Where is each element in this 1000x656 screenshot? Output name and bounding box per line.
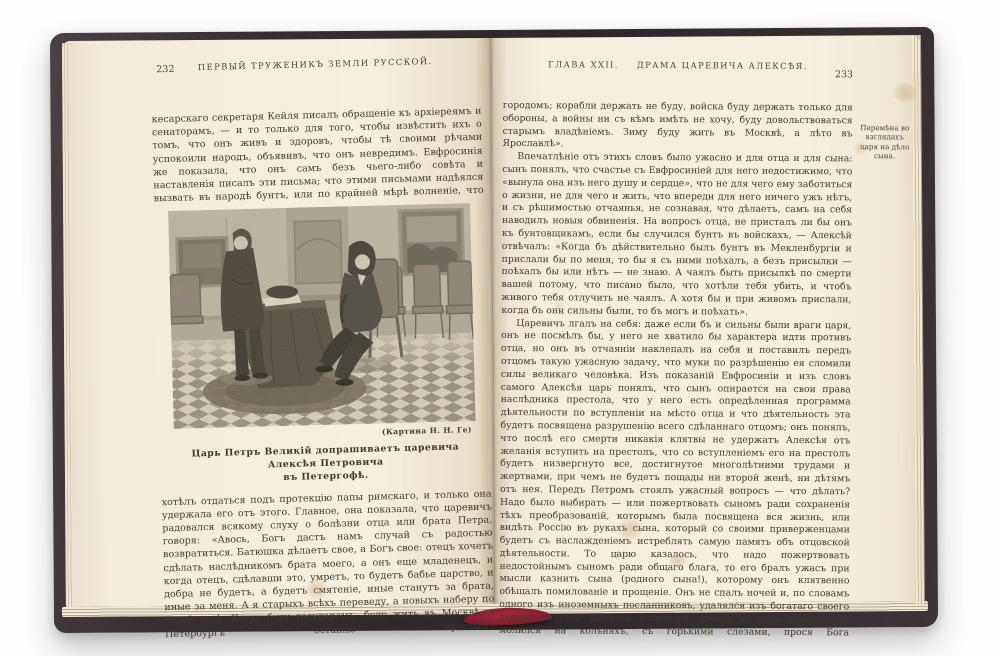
figure-caption: Царь Петръ Великій допрашиваетъ царевича… [174, 440, 477, 487]
age-spot [666, 551, 690, 571]
engraving-grain [168, 203, 476, 429]
left-page: 232 ПЕРВЫЙ ТРУЖЕНИКЪ ЗЕМЛИ РУССКОЙ. кеса… [62, 38, 495, 607]
age-spot [552, 299, 566, 311]
running-head-chapter: ГЛАВА XXII. [548, 59, 619, 69]
right-paragraph-3: Царевичъ лгалъ на себя: даже если бъ и с… [499, 317, 851, 639]
right-running-head-row: ГЛАВА XXII. ДРАМА ЦАРЕВИЧА АЛЕКСѢЯ. 233 [503, 58, 853, 75]
illustration-ge-painting [168, 203, 476, 429]
figure-block: (Картина Н. Н. Ге) Царь Петръ Великій до… [168, 203, 477, 486]
photo-background: 232 ПЕРВЫЙ ТРУЖЕНИКЪ ЗЕМЛИ РУССКОЙ. кеса… [0, 0, 1000, 656]
left-paragraph-bottom: хотѣлъ отдаться подъ протекцію папы римс… [161, 487, 495, 641]
age-spot [851, 139, 871, 157]
right-page: ГЛАВА XXII. ДРАМА ЦАРЕВИЧА АЛЕКСѢЯ. 233 … [491, 35, 924, 604]
age-spot [170, 282, 186, 296]
left-running-head: ПЕРВЫЙ ТРУЖЕНИКЪ ЗЕМЛИ РУССКОЙ. [150, 54, 480, 76]
page-block: 232 ПЕРВЫЙ ТРУЖЕНИКЪ ЗЕМЛИ РУССКОЙ. кеса… [62, 35, 924, 607]
right-paragraph-2: Впечатлѣніе отъ этихъ словъ было ужасно … [501, 151, 852, 320]
running-head-title: ДРАМА ЦАРЕВИЧА АЛЕКСѢЯ. [637, 60, 808, 71]
right-running-head: ГЛАВА XXII. ДРАМА ЦАРЕВИЧА АЛЕКСѢЯ. [503, 58, 853, 73]
left-running-head-row: 232 ПЕРВЫЙ ТРУЖЕНИКЪ ЗЕМЛИ РУССКОЙ. [150, 54, 480, 78]
right-page-number: 233 [835, 69, 853, 82]
age-spot [888, 79, 922, 107]
age-spot [613, 514, 647, 544]
age-spot [431, 150, 443, 160]
gutter-shadow [475, 38, 511, 604]
left-page-text-column: 232 ПЕРВЫЙ ТРУЖЕНИКЪ ЗЕМЛИ РУССКОЙ. кеса… [150, 54, 495, 641]
right-paragraph-1: городомъ; корабли держать не буду, войск… [502, 100, 852, 154]
age-spot [302, 576, 332, 602]
open-book: 232 ПЕРВЫЙ ТРУЖЕНИКЪ ЗЕМЛИ РУССКОЙ. кеса… [50, 27, 938, 633]
